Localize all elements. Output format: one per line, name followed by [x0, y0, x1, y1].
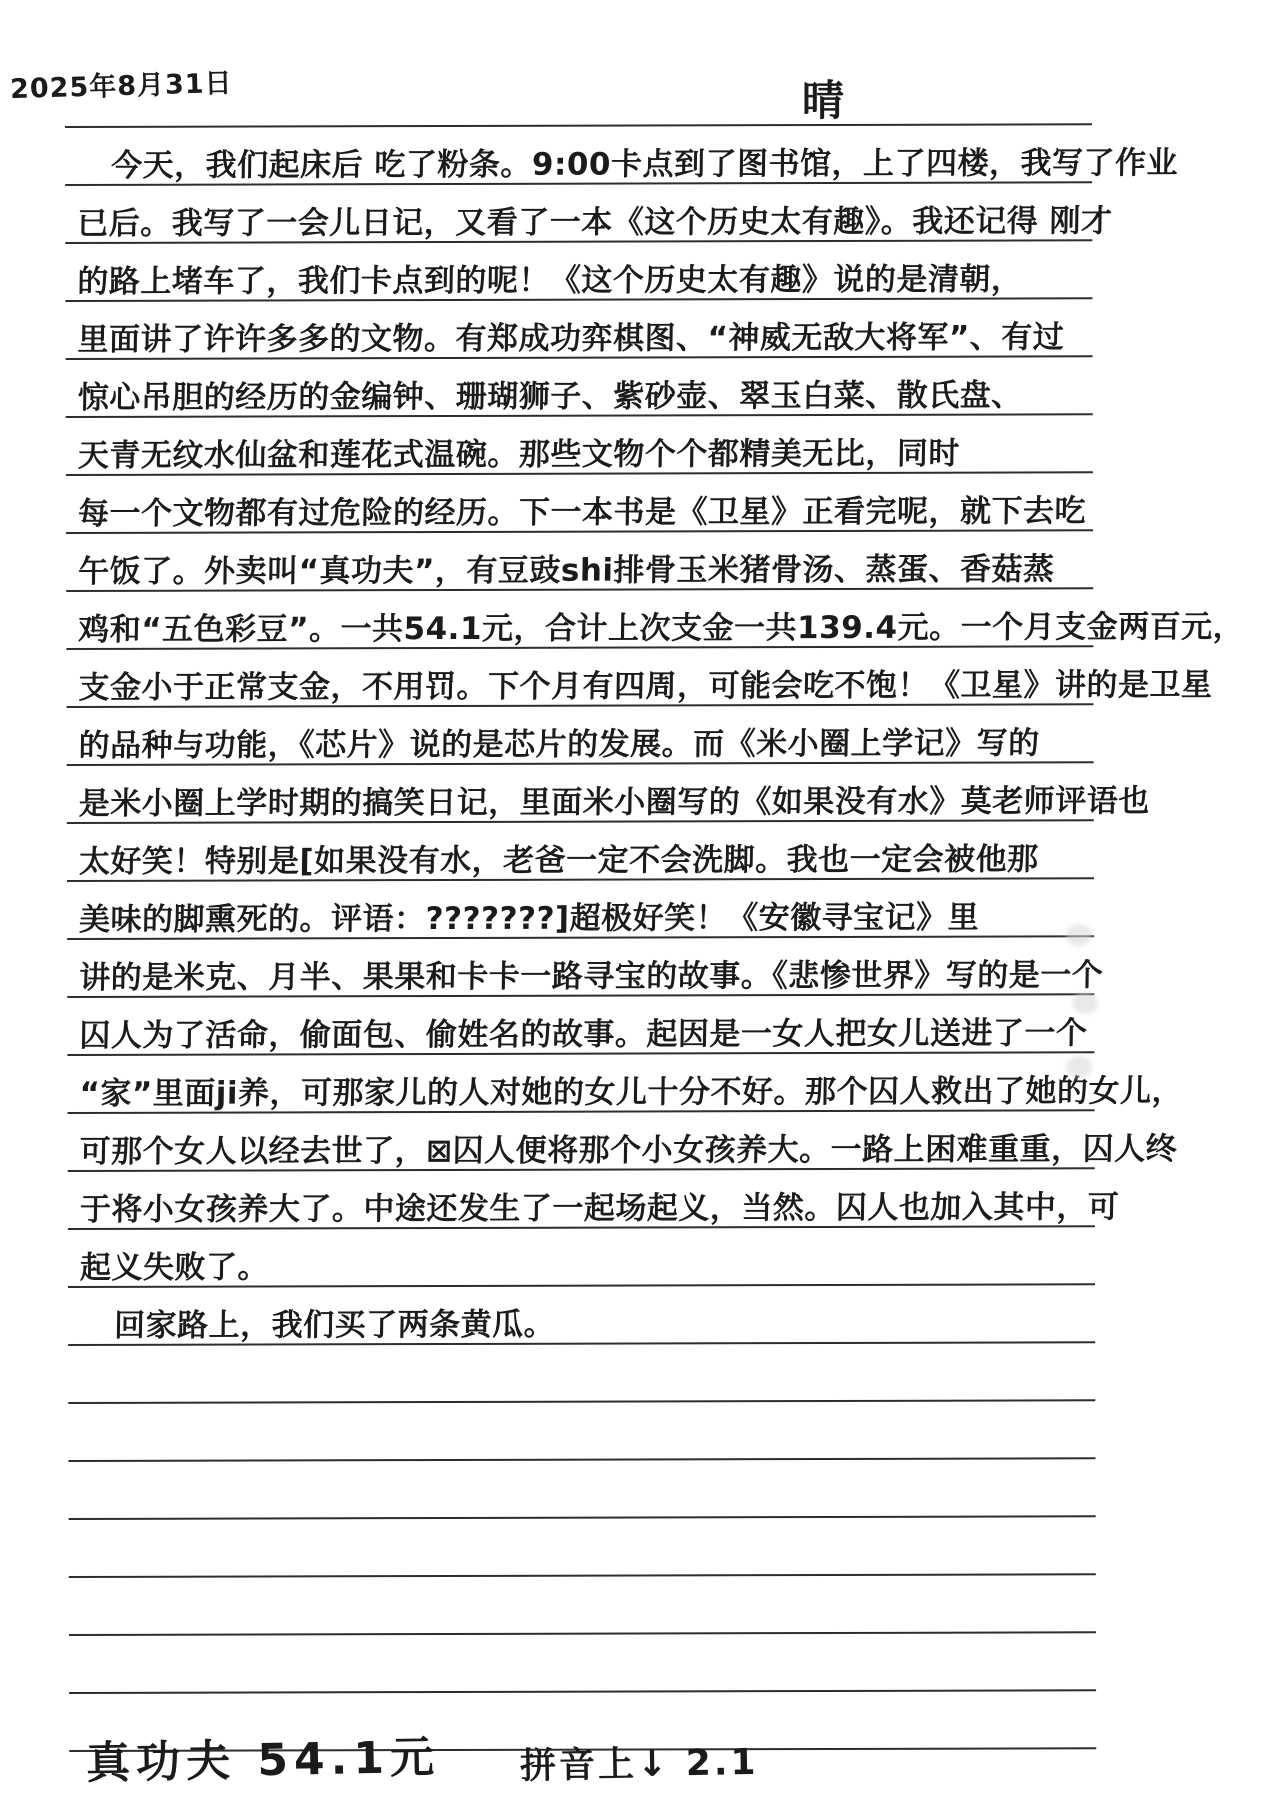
diary-line-text: 美味的脚熏死的。评语：???????]超极好笑！《安徽寻宝记》里	[79, 902, 980, 937]
diary-line-text: 天青无纹水仙盆和莲花式温碗。那些文物个个都精美无比，同时	[78, 438, 960, 473]
diary-line-text: 每一个文物都有过危险的经历。下一本书是《卫星》正看完呢，就下去吃	[78, 496, 1086, 531]
diary-line: 每一个文物都有过危险的经历。下一本书是《卫星》正看完呢，就下去吃	[66, 473, 1093, 534]
blank-line	[69, 1517, 1096, 1578]
diary-line-text: 于将小女孩养大了。中途还发生了一起场起义，当然。囚人也加入其中，可	[80, 1192, 1120, 1227]
diary-line-text: 回家路上，我们买了两条黄瓜。	[80, 1309, 555, 1343]
diary-line-text: 里面讲了许许多多的文物。有郑成功弈棋图、“神威无敌大将军”、有过	[77, 322, 1064, 357]
diary-line: 是米小圈上学时期的搞笑日记，里面米小圈写的《如果没有水》莫老师评语也	[67, 763, 1094, 824]
blank-line	[68, 1459, 1095, 1520]
diary-line-text: 讲的是米克、月半、果果和卡卡一路寻宝的故事。《悲惨世界》写的是一个	[79, 960, 1103, 995]
blank-line	[68, 1401, 1095, 1462]
footer-restaurant-note: 真功夫 54.1元	[85, 1721, 440, 1791]
diary-line-text: 今天，我们起床后 吃了粉条。9:00卡点到了图书馆，上了四楼，我写了作业	[77, 148, 1178, 183]
diary-line: 可那个女人以经去世了，⊠囚人便将那个小女孩养大。一路上困难重重，囚人终	[68, 1111, 1095, 1172]
ruled-lines: 今天，我们起床后 吃了粉条。9:00卡点到了图书馆，上了四楼，我写了作业已后。我…	[65, 123, 1096, 1752]
diary-line: 囚人为了活命，偷面包、偷姓名的故事。起因是一女人把女儿送进了一个	[67, 995, 1094, 1056]
diary-line: 支金小于正常支金，不用罚。下个月有四周，可能会吃不饱！《卫星》讲的是卫星	[66, 647, 1093, 708]
diary-line: 太好笑！特别是[如果没有水，老爸一定不会洗脚。我也一定会被他那	[67, 821, 1094, 882]
diary-line: 回家路上，我们买了两条黄瓜。	[68, 1285, 1095, 1346]
diary-line-text: 午饭了。外卖叫“真功夫”，有豆豉shi排骨玉米猪骨汤、蒸蛋、香菇蒸	[78, 554, 1055, 589]
diary-line-text: “家”里面ji养，可那家儿的人对她的女儿十分不好。那个囚人救出了她的女儿，	[79, 1076, 1183, 1111]
diary-line-text: 囚人为了活命，偷面包、偷姓名的故事。起因是一女人把女儿送进了一个	[79, 1018, 1087, 1053]
diary-line: 美味的脚熏死的。评语：???????]超极好笑！《安徽寻宝记》里	[67, 879, 1094, 940]
diary-line-text: 的品种与功能，《芯片》说的是芯片的发展。而《米小圈上学记》写的	[78, 728, 1039, 763]
diary-line-text: 太好笑！特别是[如果没有水，老爸一定不会洗脚。我也一定会被他那	[79, 844, 1039, 879]
diary-line: 于将小女孩养大了。中途还发生了一起场起义，当然。囚人也加入其中，可	[68, 1169, 1095, 1230]
diary-line-text: 已后。我写了一会儿日记，又看了一本《这个历史太有趣》。我还记得 刚才	[77, 206, 1113, 241]
diary-line: 午饭了。外卖叫“真功夫”，有豆豉shi排骨玉米猪骨汤、蒸蛋、香菇蒸	[66, 531, 1093, 592]
paper-smudge	[1066, 1056, 1092, 1078]
paper-smudge	[1066, 924, 1092, 946]
blank-line	[69, 1633, 1096, 1694]
diary-page: 2025年8月31日 晴 今天，我们起床后 吃了粉条。9:00卡点到了图书馆，上…	[0, 0, 1279, 1804]
paper-smudge	[1072, 992, 1098, 1014]
diary-line: 起义失败了。	[68, 1227, 1095, 1288]
diary-line-text: 支金小于正常支金，不用罚。下个月有四周，可能会吃不饱！《卫星》讲的是卫星	[78, 669, 1212, 705]
diary-line-text: 是米小圈上学时期的搞笑日记，里面米小圈写的《如果没有水》莫老师评语也	[79, 786, 1150, 821]
diary-line: 的品种与功能，《芯片》说的是芯片的发展。而《米小圈上学记》写的	[67, 705, 1094, 766]
diary-line: 的路上堵车了，我们卡点到的呢！《这个历史太有趣》说的是清朝，	[65, 241, 1092, 302]
diary-line-text: 惊心吊胆的经历的金编钟、珊瑚狮子、紫砂壶、翠玉白菜、散氏盘、	[77, 380, 1022, 415]
diary-line: 今天，我们起床后 吃了粉条。9:00卡点到了图书馆，上了四楼，我写了作业	[65, 125, 1092, 186]
diary-line: 讲的是米克、月半、果果和卡卡一路寻宝的故事。《悲惨世界》写的是一个	[67, 937, 1094, 998]
weather-note: 晴	[802, 68, 844, 128]
diary-line: 鸡和“五色彩豆”。一共54.1元，合计上次支金一共139.4元。一个月支金两百元…	[66, 589, 1093, 650]
diary-line-text: 的路上堵车了，我们卡点到的呢！《这个历史太有趣》说的是清朝，	[77, 264, 1022, 299]
diary-line: 惊心吊胆的经历的金编钟、珊瑚狮子、紫砂壶、翠玉白菜、散氏盘、	[66, 357, 1093, 418]
diary-line: 里面讲了许许多多的文物。有郑成功弈棋图、“神威无敌大将军”、有过	[65, 299, 1092, 360]
diary-line: 天青无纹水仙盆和莲花式温碗。那些文物个个都精美无比，同时	[66, 415, 1093, 476]
blank-line	[69, 1575, 1096, 1636]
blank-line	[68, 1343, 1095, 1404]
diary-line-text: 鸡和“五色彩豆”。一共54.1元，合计上次支金一共139.4元。一个月支金两百元…	[78, 611, 1244, 647]
diary-line-text: 可那个女人以经去世了，⊠囚人便将那个小女孩养大。一路上困难重重，囚人终	[79, 1134, 1177, 1169]
diary-line-text: 起义失败了。	[80, 1252, 269, 1285]
diary-line: “家”里面ji养，可那家儿的人对她的女儿十分不好。那个囚人救出了她的女儿，	[67, 1053, 1094, 1114]
footer-pinyin-note: 拼音上↓ 2.1	[520, 1734, 759, 1789]
diary-line: 已后。我写了一会儿日记，又看了一本《这个历史太有趣》。我还记得 刚才	[65, 183, 1092, 244]
diary-date: 2025年8月31日	[9, 61, 233, 106]
